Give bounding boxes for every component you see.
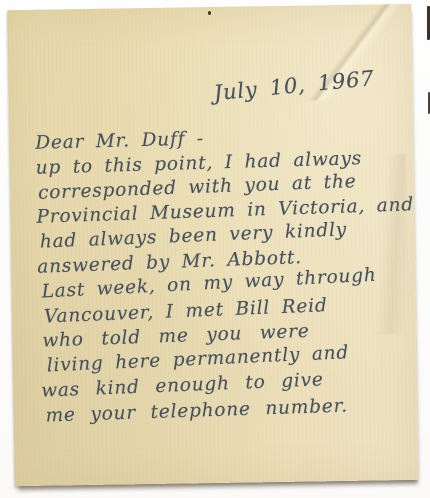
scan-dust-speck xyxy=(208,11,211,15)
letter-paper: July 10, 1967 Dear Mr. Duff - up to this… xyxy=(7,4,418,486)
letter-date: July 10, 1967 xyxy=(213,66,376,105)
scanned-letter-page: July 10, 1967 Dear Mr. Duff - up to this… xyxy=(0,0,430,498)
letter-body: Dear Mr. Duff - up to this point, I had … xyxy=(35,126,410,429)
